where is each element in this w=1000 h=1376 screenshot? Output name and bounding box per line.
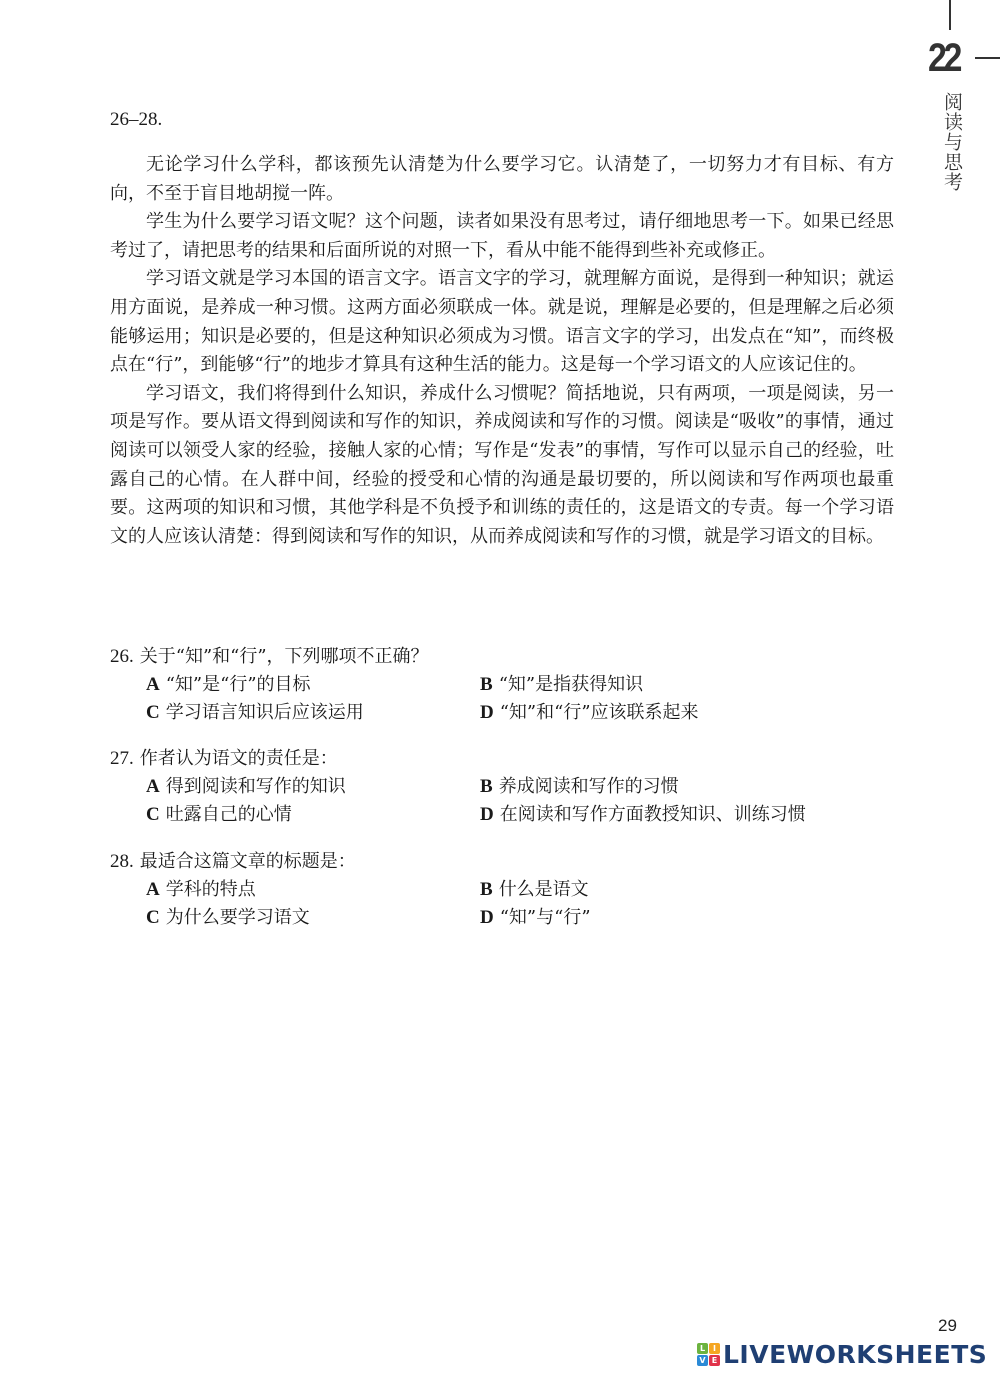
question-stem: 28.最适合这篇文章的标题是：	[110, 848, 910, 876]
option-a[interactable]: A得到阅读和写作的知识	[146, 773, 480, 801]
question-stem: 26.关于“知”和“行”，下列哪项不正确？	[110, 643, 910, 671]
page-number: 29	[938, 1316, 957, 1336]
answer-options: A“知”是“行”的目标 B“知”是指获得知识 C学习语言知识后应该运用 D“知”…	[146, 671, 910, 727]
answer-options: A得到阅读和写作的知识 B养成阅读和写作的习惯 C吐露自己的心情 D在阅读和写作…	[146, 773, 910, 829]
question-text: 作者认为语文的责任是：	[140, 748, 338, 769]
question-number: 26.	[110, 646, 134, 667]
passage-paragraph: 无论学习什么学科，都该预先认清楚为什么要学习它。认清楚了，一切努力才有目标、有方…	[110, 151, 894, 208]
option-c[interactable]: C学习语言知识后应该运用	[146, 699, 480, 727]
question-stem: 27.作者认为语文的责任是：	[110, 745, 910, 773]
chapter-number: 22	[928, 38, 959, 78]
option-d[interactable]: D“知”与“行”	[480, 904, 840, 932]
question-number: 28.	[110, 851, 134, 872]
passage-paragraph: 学生为什么要学习语文呢？这个问题，读者如果没有思考过，请仔细地思考一下。如果已经…	[110, 208, 894, 265]
chapter-rule-horizontal	[975, 57, 1000, 59]
option-b[interactable]: B“知”是指获得知识	[480, 671, 840, 699]
chapter-rule-vertical	[949, 0, 951, 30]
option-b[interactable]: B什么是语文	[480, 876, 840, 904]
option-d[interactable]: D“知”和“行”应该联系起来	[480, 699, 840, 727]
live-logo-icon: L I V E	[697, 1343, 720, 1366]
option-d[interactable]: D在阅读和写作方面教授知识、训练习惯	[480, 801, 840, 829]
option-b[interactable]: B养成阅读和写作的习惯	[480, 773, 840, 801]
question-text: 关于“知”和“行”，下列哪项不正确？	[140, 646, 429, 667]
question-number: 27.	[110, 748, 134, 769]
option-c[interactable]: C为什么要学习语文	[146, 904, 480, 932]
question-27: 27.作者认为语文的责任是： A得到阅读和写作的知识 B养成阅读和写作的习惯 C…	[110, 745, 910, 829]
option-a[interactable]: A“知”是“行”的目标	[146, 671, 480, 699]
reading-passage: 无论学习什么学科，都该预先认清楚为什么要学习它。认清楚了，一切努力才有目标、有方…	[110, 151, 894, 551]
option-c[interactable]: C吐露自己的心情	[146, 801, 480, 829]
question-26: 26.关于“知”和“行”，下列哪项不正确？ A“知”是“行”的目标 B“知”是指…	[110, 643, 910, 727]
question-text: 最适合这篇文章的标题是：	[140, 851, 356, 872]
question-range-label: 26–28.	[110, 109, 162, 131]
passage-paragraph: 学习语文，我们将得到什么知识，养成什么习惯呢？简括地说，只有两项，一项是阅读，另…	[110, 380, 894, 552]
brand-name: LIVEWORKSHEETS	[723, 1340, 987, 1369]
chapter-title: 阅读与思考	[938, 92, 962, 192]
option-a[interactable]: A学科的特点	[146, 876, 480, 904]
liveworksheets-brand: L I V E LIVEWORKSHEETS	[697, 1340, 987, 1369]
passage-paragraph: 学习语文就是学习本国的语言文字。语言文字的学习，就理解方面说，是得到一种知识；就…	[110, 265, 894, 379]
answer-options: A学科的特点 B什么是语文 C为什么要学习语文 D“知”与“行”	[146, 876, 910, 932]
question-28: 28.最适合这篇文章的标题是： A学科的特点 B什么是语文 C为什么要学习语文 …	[110, 848, 910, 932]
